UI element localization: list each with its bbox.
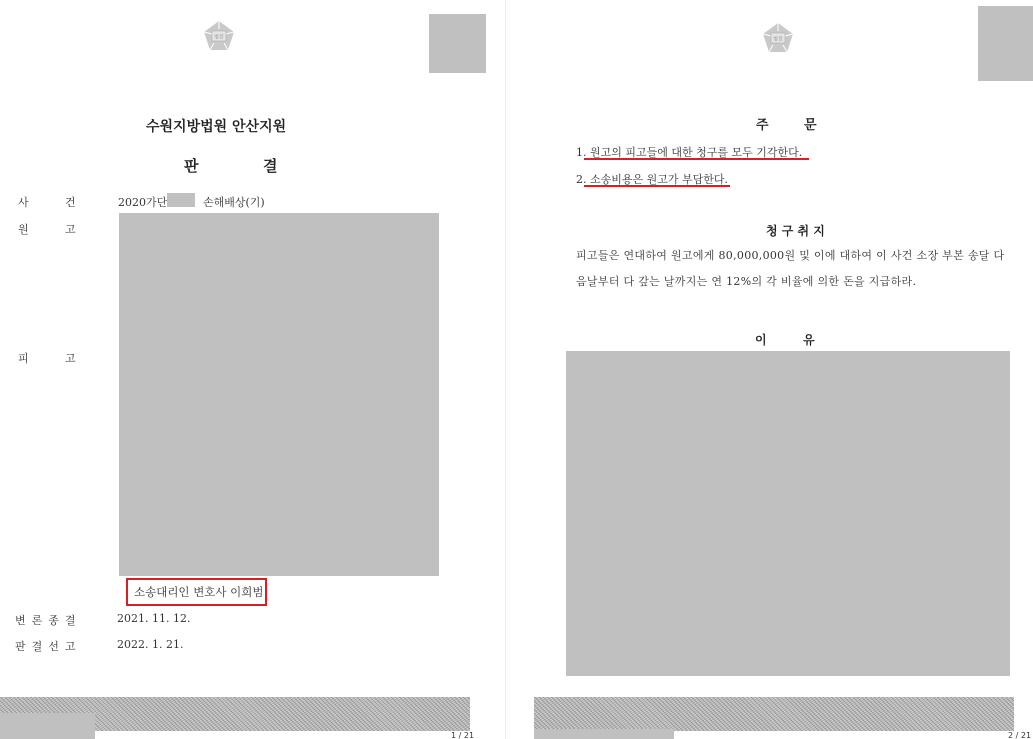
- label-plaintiff-2: 고: [65, 221, 76, 237]
- reason-title-char-1: 이: [755, 331, 767, 348]
- claim-title: 청 구 취 지: [766, 222, 825, 239]
- redacted-barcode: [978, 6, 1033, 81]
- court-emblem-icon: 법원: [202, 19, 236, 53]
- order-title-char-1: 주: [756, 114, 769, 133]
- label-defendant-2: 고: [65, 350, 76, 366]
- page-divider: [505, 0, 506, 739]
- page-number: 2 / 21: [1008, 731, 1031, 739]
- redacted-footer-code: [0, 713, 95, 739]
- highlight-underline-1: [584, 158, 809, 160]
- claim-text-line-2: 음날부터 다 갚는 날까지는 연 12%의 각 비율에 의한 돈을 지급하라.: [576, 269, 916, 295]
- doc-title-char-1: 판: [184, 155, 199, 176]
- label-plaintiff-1: 원: [18, 221, 29, 237]
- case-number: 2020가단: [118, 194, 167, 210]
- order-title-char-2: 문: [804, 114, 817, 133]
- claim-text-line-1: 피고들은 연대하여 원고에게 80,000,000원 및 이에 대하여 이 사건…: [576, 243, 1004, 269]
- label-case-2: 건: [65, 194, 76, 210]
- security-pattern-footer: [534, 697, 1014, 731]
- redacted-case-number: [167, 193, 195, 207]
- redacted-reasons: [566, 351, 1010, 676]
- highlight-underline-2: [584, 185, 730, 187]
- judgment-page-1: 법원 수원지방법원 안산지원 판 결 사 건 2020가단 손해배상(기) 원 …: [0, 0, 500, 739]
- court-emblem-icon: 법원: [761, 21, 795, 55]
- court-name: 수원지방법원 안산지원: [146, 116, 286, 136]
- reason-title-char-2: 유: [803, 331, 815, 348]
- label-case-1: 사: [18, 194, 29, 210]
- label-judgment-date: 판결선고: [15, 638, 82, 654]
- label-hearing-closed: 변론종결: [15, 612, 82, 628]
- label-defendant-1: 피: [18, 350, 29, 366]
- page-number: 1 / 21: [451, 731, 474, 739]
- svg-text:법원: 법원: [214, 34, 224, 41]
- doc-title-char-2: 결: [263, 155, 278, 176]
- case-type: 손해배상(기): [203, 194, 265, 210]
- judgment-date: 2022. 1. 21.: [117, 638, 183, 651]
- redacted-footer-code: [534, 729, 674, 739]
- hearing-closed-date: 2021. 11. 12.: [117, 612, 190, 625]
- redacted-barcode: [429, 14, 486, 73]
- redacted-parties: [119, 213, 439, 576]
- judgment-page-2: 법원 주 문 1. 원고의 피고들에 대한 청구를 모두 기각한다. 2. 소송…: [510, 0, 1033, 739]
- counsel-name: 소송대리인 변호사 이희범: [134, 584, 264, 600]
- svg-text:법원: 법원: [773, 36, 783, 43]
